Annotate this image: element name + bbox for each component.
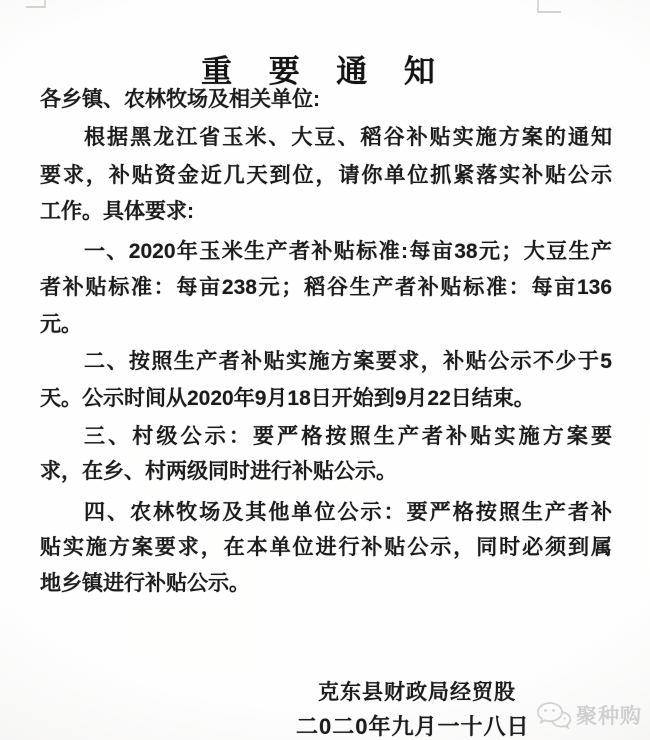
notice-line: 要求，补贴资金近几天到位，请你单位抓紧落实补贴公示 — [40, 162, 612, 190]
notice-line: 者补贴标准：每亩238元；稻谷生产者补贴标准：每亩136 — [40, 274, 612, 302]
notice-line: 三、村级公示：要严格按照生产者补贴实施方案要 — [84, 423, 612, 451]
watermark: 聚种购 — [536, 700, 642, 730]
notice-document-page: 重 要 通 知 各乡镇、农林牧场及相关单位: 根据黑龙江省玉米、大豆、稻谷补贴实… — [0, 0, 650, 740]
notice-line: 一、2020年玉米生产者补贴标准:每亩38元；大豆生产 — [84, 238, 612, 266]
page-margin-mark-top-left — [26, 0, 46, 8]
notice-line: 根据黑龙江省玉米、大豆、稻谷补贴实施方案的通知 — [84, 124, 612, 152]
notice-line: 四、农林牧场及其他单位公示：要严格按照生产者补 — [84, 499, 612, 527]
notice-line: 地乡镇进行补贴公示。 — [40, 570, 612, 598]
notice-line: 工作。具体要求: — [40, 198, 612, 226]
notice-line: 二、按照生产者补贴实施方案要求，补贴公示不少于5 — [84, 348, 612, 376]
notice-line: 求，在乡、村两级同时进行补贴公示。 — [40, 458, 612, 486]
page-margin-mark-top-right — [537, 0, 561, 13]
wechat-icon — [536, 700, 572, 730]
watermark-label: 聚种购 — [576, 700, 642, 730]
notice-line: 天。公示时间从2020年9月18日开始到9月22日结束。 — [40, 385, 612, 413]
notice-title: 重 要 通 知 — [0, 46, 650, 91]
notice-line: 贴实施方案要求，在本单位进行补贴公示，同时必须到属 — [40, 534, 612, 562]
notice-line: 元。 — [40, 311, 612, 339]
notice-salutation: 各乡镇、农林牧场及相关单位: — [40, 86, 320, 114]
issuer-signature: 克东县财政局经贸股 — [318, 679, 516, 707]
issue-date: 二0二0年九月一十八日 — [296, 713, 529, 740]
